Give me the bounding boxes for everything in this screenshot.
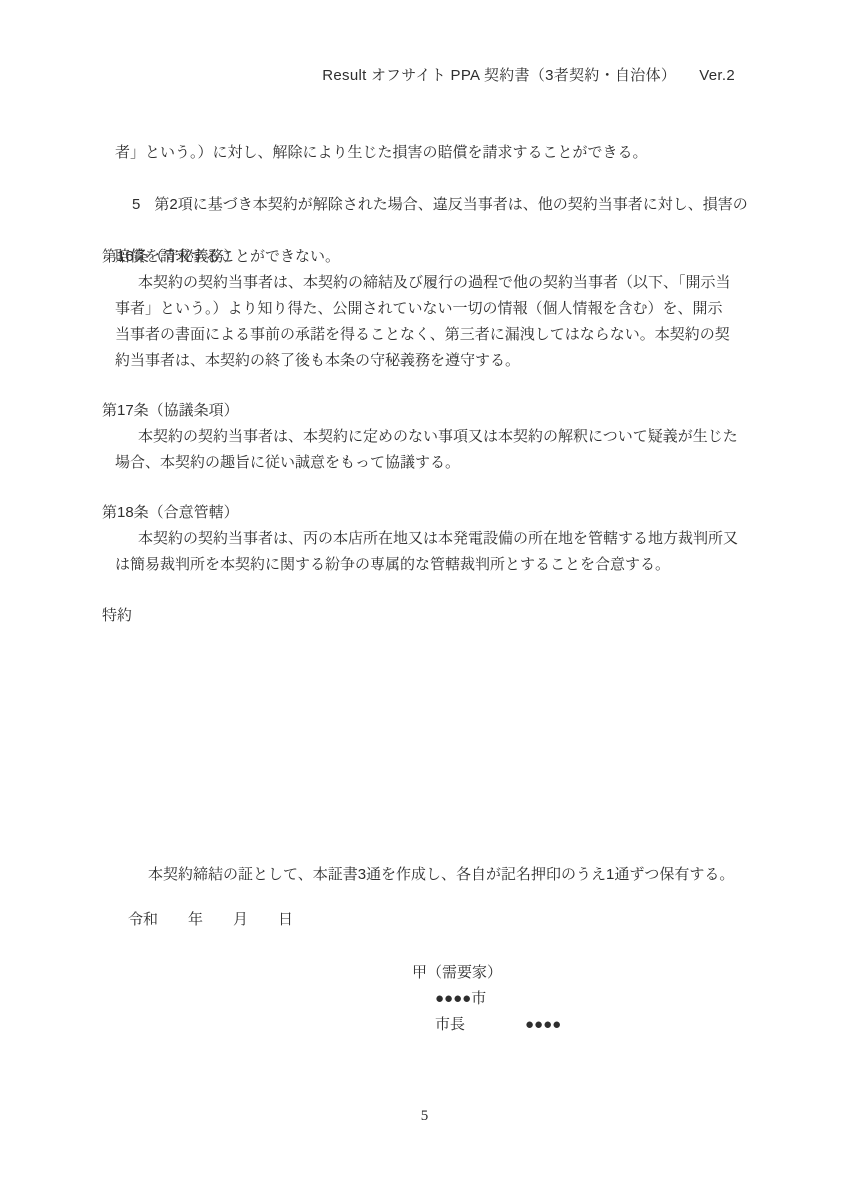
article-16: 第16条（守秘義務） 本契約の契約当事者は、本契約の締結及び履行の過程で他の契約… (102, 244, 750, 374)
party-title-and-name: 市長 ●●●● (412, 1012, 712, 1038)
page-number: 5 (0, 1103, 849, 1129)
article-heading: 第17条（協議条項） (102, 398, 750, 424)
page-header: Result オフサイト PPA 契約書（3者契約・自治体） Ver.2 (102, 63, 735, 89)
closing-sentence: 本契約締結の証として、本証書3通を作成し、各自が記名押印のうえ1通ずつ保有する。 (102, 862, 750, 888)
body-line: 本契約の契約当事者は、本契約の締結及び履行の過程で他の契約当事者（以下、「開示当 (102, 270, 750, 296)
article-heading: 第16条（守秘義務） (102, 244, 750, 270)
article-18: 第18条（合意管轄） 本契約の契約当事者は、丙の本店所在地又は本発電設備の所在地… (102, 500, 750, 578)
signature-block-party-a: 甲（需要家） ●●●●市 市長 ●●●● (412, 960, 712, 1038)
body-line: 本契約の契約当事者は、丙の本店所在地又は本発電設備の所在地を管轄する地方裁判所又 (102, 526, 750, 552)
body-line: 場合、本契約の趣旨に従い誠意をもって協議する。 (102, 450, 750, 476)
body-line: 当事者の書面による事前の承諾を得ることなく、第三者に漏洩してはならない。本契約の… (102, 322, 750, 348)
body-line: は簡易裁判所を本契約に関する紛争の専属的な管轄裁判所とすることを合意する。 (102, 552, 750, 578)
party-organization: ●●●●市 (412, 986, 712, 1012)
body-line: 者」という。）に対し、解除により生じた損害の賠償を請求することができる。 (102, 140, 750, 166)
list-item-text: 第2項に基づき本契約が解除された場合、違反当事者は、他の契約当事者に対し、損害の (154, 196, 747, 213)
body-line: 令和 年 月 日 (102, 907, 750, 933)
date-line: 令和 年 月 日 (102, 907, 750, 933)
section-heading: 特約 (102, 603, 750, 629)
party-label: 甲（需要家） (412, 960, 712, 986)
list-item-number: 5 (132, 192, 140, 218)
article-17: 第17条（協議条項） 本契約の契約当事者は、本契約に定めのない事項又は本契約の解… (102, 398, 750, 476)
body-line: 本契約締結の証として、本証書3通を作成し、各自が記名押印のうえ1通ずつ保有する。 (102, 862, 750, 888)
body-line: 約当事者は、本契約の終了後も本条の守秘義務を遵守する。 (102, 348, 750, 374)
article-heading: 第18条（合意管轄） (102, 500, 750, 526)
list-item-5: 5第2項に基づき本契約が解除された場合、違反当事者は、他の契約当事者に対し、損害… (102, 166, 750, 244)
document-page: Result オフサイト PPA 契約書（3者契約・自治体） Ver.2 者」と… (0, 0, 849, 1200)
body-line: 事者」という。）より知り得た、公開されていない一切の情報（個人情報を含む）を、開… (102, 296, 750, 322)
body-line: 本契約の契約当事者は、本契約に定めのない事項又は本契約の解釈について疑義が生じた (102, 424, 750, 450)
special-provisions-heading: 特約 (102, 603, 750, 629)
